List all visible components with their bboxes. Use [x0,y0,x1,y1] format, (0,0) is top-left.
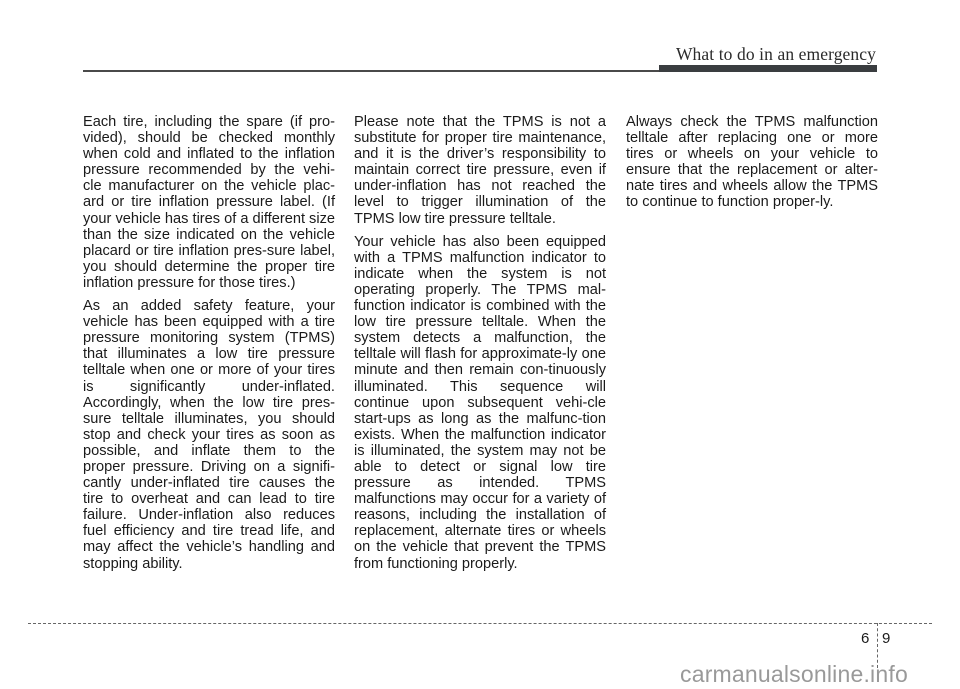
page-number: 9 [882,630,890,647]
header-rule [83,70,683,72]
paragraph: Your vehicle has also been equipped with… [354,234,606,572]
header-title-bar [659,65,877,72]
watermark: carmanualsonline.info [680,661,908,688]
section-number: 6 [861,630,869,647]
paragraph: Each tire, including the spare (if pro-v… [83,114,335,291]
paragraph: Please note that the TPMS is not a subst… [354,114,606,227]
paragraph: As an added safety feature, your vehicle… [83,298,335,572]
text-column-1: Each tire, including the spare (if pro-v… [83,114,335,579]
paragraph: Always check the TPMS malfunction tellta… [626,114,878,211]
section-title: What to do in an emergency [676,44,876,65]
text-column-2: Please note that the TPMS is not a subst… [354,114,606,579]
footer-dashed-rule [28,623,932,624]
text-column-3: Always check the TPMS malfunction tellta… [626,114,878,218]
